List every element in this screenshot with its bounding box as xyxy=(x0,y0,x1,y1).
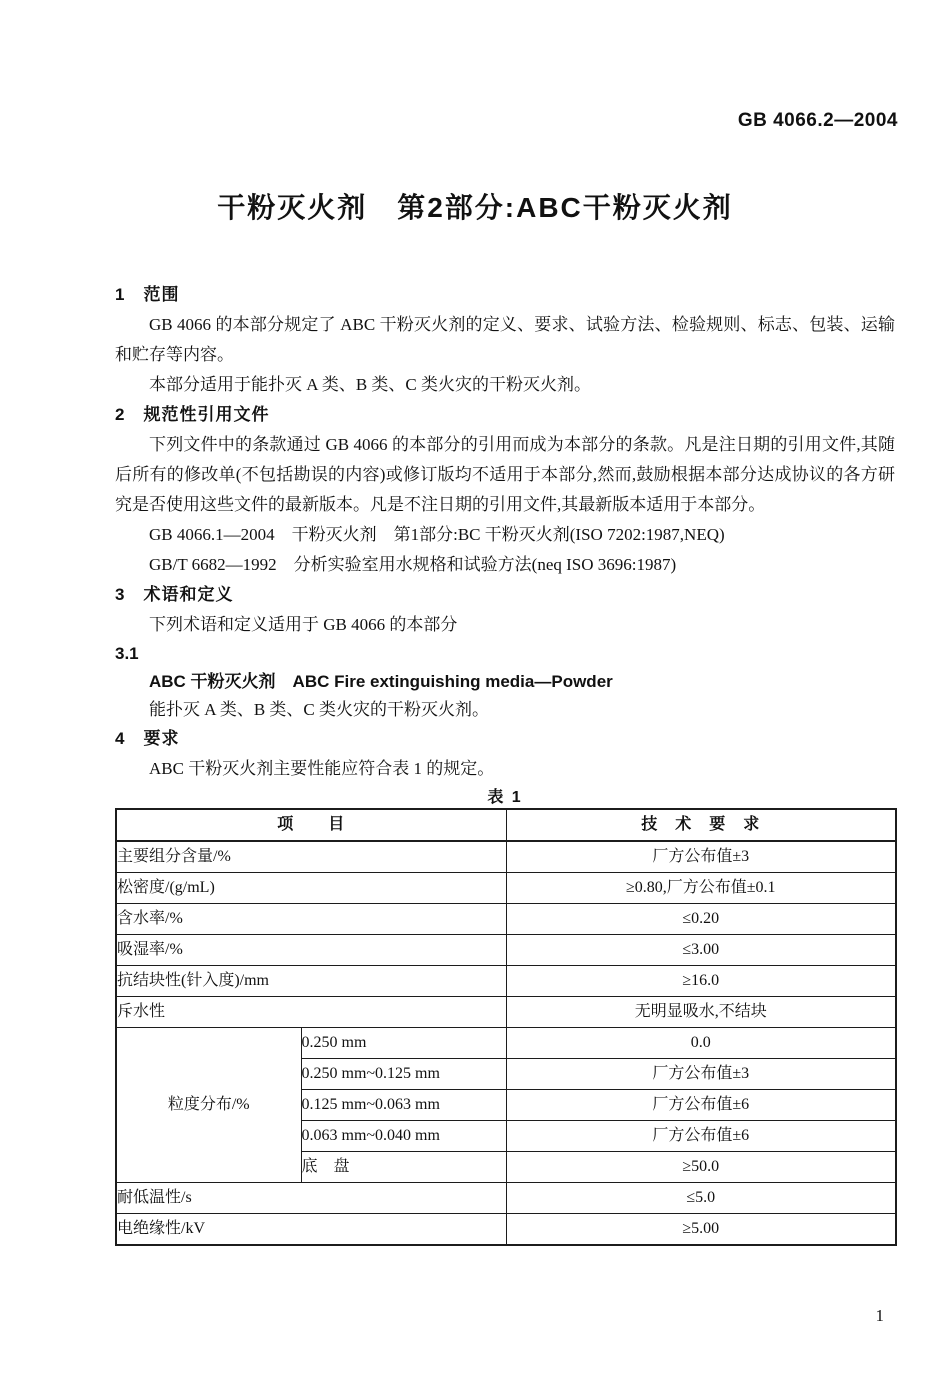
row-requirement-value: ≥16.0 xyxy=(506,966,896,997)
particle-range-label: 0.063 mm~0.040 mm xyxy=(301,1121,506,1152)
row-requirement-value: ≥0.80,厂方公布值±0.1 xyxy=(506,873,896,904)
particle-range-label: 0.125 mm~0.063 mm xyxy=(301,1090,506,1121)
row-requirement-value: 厂方公布值±6 xyxy=(506,1090,896,1121)
reference-gbt6682: GB/T 6682—1992 分析实验室用水规格和试验方法(neq ISO 36… xyxy=(115,550,895,580)
particle-range-label: 0.250 mm xyxy=(301,1028,506,1059)
row-item-label: 耐低温性/s xyxy=(116,1183,506,1214)
table-header-row: 项 目 技 术 要 求 xyxy=(116,809,896,841)
particle-range-label: 0.250 mm~0.125 mm xyxy=(301,1059,506,1090)
row-item-label: 斥水性 xyxy=(116,997,506,1028)
section-1-heading: 1 范围 xyxy=(115,280,895,310)
row-item-label: 含水率/% xyxy=(116,904,506,935)
table-1-caption: 表 1 xyxy=(115,788,895,808)
table-row: 吸湿率/% ≤3.00 xyxy=(116,935,896,966)
table-row: 松密度/(g/mL) ≥0.80,厂方公布值±0.1 xyxy=(116,873,896,904)
row-requirement-value: 无明显吸水,不结块 xyxy=(506,997,896,1028)
table-row: 斥水性 无明显吸水,不结块 xyxy=(116,997,896,1028)
row-requirement-value: 厂方公布值±3 xyxy=(506,1059,896,1090)
section-1-para-applicability: 本部分适用于能扑灭 A 类、B 类、C 类火灾的干粉灭火剂。 xyxy=(115,370,895,400)
row-requirement-value: ≥5.00 xyxy=(506,1214,896,1246)
table-row: 耐低温性/s ≤5.0 xyxy=(116,1183,896,1214)
document-body: 1 范围 GB 4066 的本部分规定了 ABC 干粉灭火剂的定义、要求、试验方… xyxy=(115,280,895,1246)
table-header-requirement: 技 术 要 求 xyxy=(506,809,896,841)
reference-gb4066-1: GB 4066.1—2004 干粉灭火剂 第1部分:BC 干粉灭火剂(ISO 7… xyxy=(115,520,895,550)
row-requirement-value: 厂方公布值±6 xyxy=(506,1121,896,1152)
table-row: 电绝缘性/kV ≥5.00 xyxy=(116,1214,896,1246)
row-item-label: 电绝缘性/kV xyxy=(116,1214,506,1246)
section-2-para-intro: 下列文件中的条款通过 GB 4066 的本部分的引用而成为本部分的条款。凡是注日… xyxy=(115,430,895,520)
section-3-para-intro: 下列术语和定义适用于 GB 4066 的本部分 xyxy=(115,610,895,640)
table-row: 抗结块性(针入度)/mm ≥16.0 xyxy=(116,966,896,997)
row-requirement-value: ≤0.20 xyxy=(506,904,896,935)
table-row: 粒度分布/% 0.250 mm 0.0 xyxy=(116,1028,896,1059)
section-4-heading: 4 要求 xyxy=(115,724,895,754)
table-row: 主要组分含量/% 厂方公布值±3 xyxy=(116,841,896,873)
row-requirement-value: ≥50.0 xyxy=(506,1152,896,1183)
clause-3-1-number: 3.1 xyxy=(115,640,895,668)
row-item-label: 吸湿率/% xyxy=(116,935,506,966)
row-item-label: 主要组分含量/% xyxy=(116,841,506,873)
requirements-table: 项 目 技 术 要 求 主要组分含量/% 厂方公布值±3 松密度/(g/mL) … xyxy=(115,808,897,1246)
term-definition-title: ABC 干粉灭火剂 ABC Fire extinguishing media—P… xyxy=(115,668,895,696)
row-item-label: 抗结块性(针入度)/mm xyxy=(116,966,506,997)
row-requirement-value: 0.0 xyxy=(506,1028,896,1059)
section-2-heading: 2 规范性引用文件 xyxy=(115,400,895,430)
row-requirement-value: 厂方公布值±3 xyxy=(506,841,896,873)
row-requirement-value: ≤5.0 xyxy=(506,1183,896,1214)
page-number: 1 xyxy=(876,1306,885,1326)
row-item-label: 松密度/(g/mL) xyxy=(116,873,506,904)
row-requirement-value: ≤3.00 xyxy=(506,935,896,966)
section-3-heading: 3 术语和定义 xyxy=(115,580,895,610)
particle-range-label: 底 盘 xyxy=(301,1152,506,1183)
table-row: 含水率/% ≤0.20 xyxy=(116,904,896,935)
section-4-para-requirement: ABC 干粉灭火剂主要性能应符合表 1 的规定。 xyxy=(115,754,895,784)
term-definition-body: 能扑灭 A 类、B 类、C 类火灾的干粉灭火剂。 xyxy=(115,696,895,724)
section-1-para-scope: GB 4066 的本部分规定了 ABC 干粉灭火剂的定义、要求、试验方法、检验规… xyxy=(115,310,895,370)
table-header-item: 项 目 xyxy=(116,809,506,841)
particle-size-label: 粒度分布/% xyxy=(116,1028,301,1183)
standard-number: GB 4066.2—2004 xyxy=(738,110,898,132)
document-title: 干粉灭火剂 第2部分:ABC干粉灭火剂 xyxy=(0,186,950,226)
document-page: GB 4066.2—2004 干粉灭火剂 第2部分:ABC干粉灭火剂 1 范围 … xyxy=(0,0,950,1383)
